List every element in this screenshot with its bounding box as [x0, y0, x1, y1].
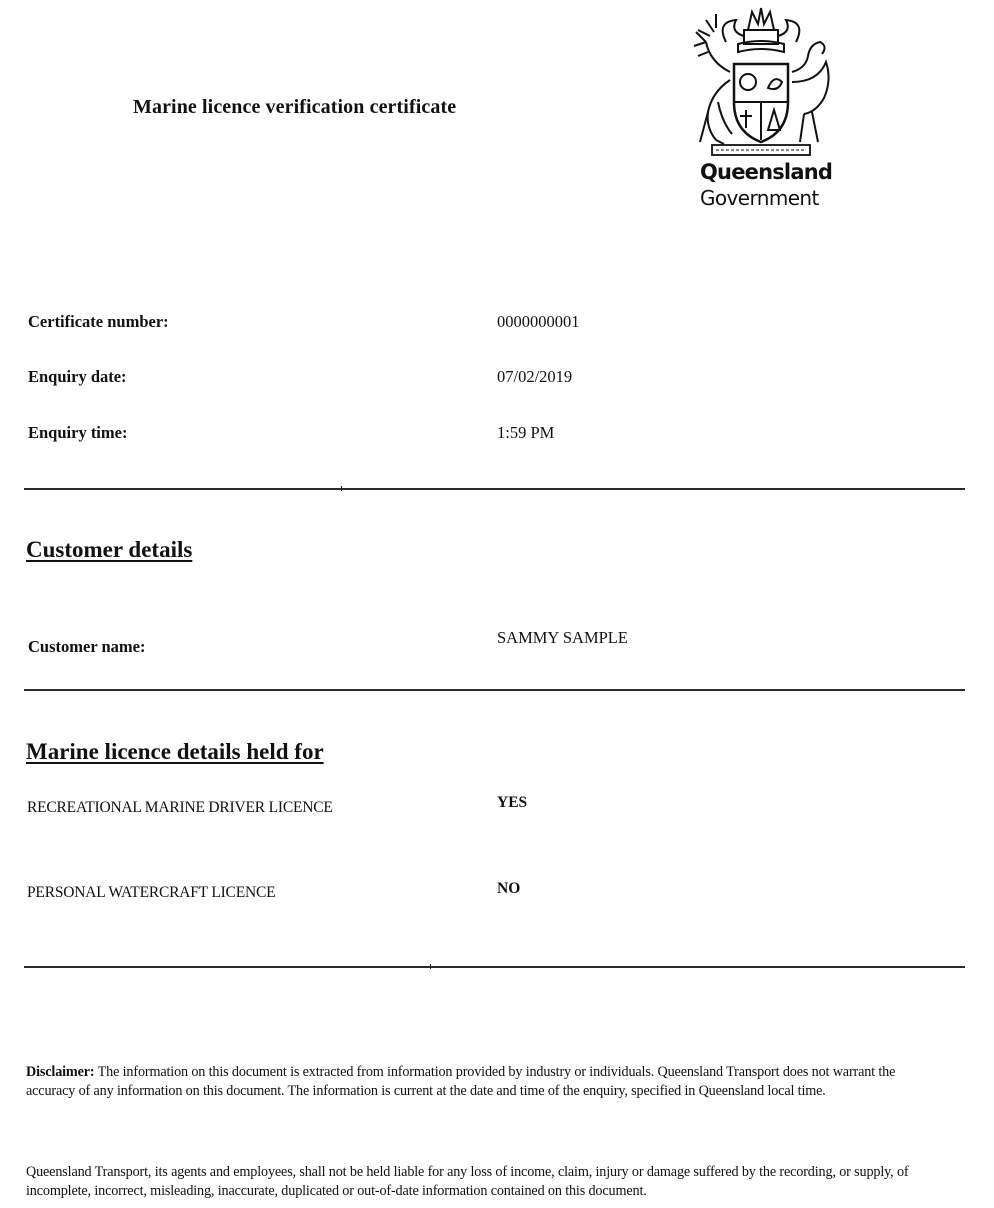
customer-name-value: SAMMY SAMPLE	[497, 628, 628, 648]
licence-type-personal-watercraft: PERSONAL WATERCRAFT LICENCE	[27, 884, 275, 902]
certificate-number-label: Certificate number:	[28, 312, 169, 332]
liability-paragraph: Queensland Transport, its agents and emp…	[26, 1163, 946, 1200]
disclaimer-paragraph: Disclaimer: The information on this docu…	[26, 1063, 946, 1100]
queensland-coat-of-arms-icon	[686, 2, 836, 160]
licence-status-personal-watercraft: NO	[497, 880, 520, 898]
enquiry-date-label: Enquiry date:	[28, 367, 127, 387]
section-divider	[24, 966, 965, 968]
disclaimer-text: The information on this document is extr…	[26, 1064, 895, 1099]
licence-type-recreational-marine-driver: RECREATIONAL MARINE DRIVER LICENCE	[27, 799, 333, 817]
divider-tick-mark	[341, 486, 342, 491]
section-divider	[24, 488, 965, 490]
certificate-number-value: 0000000001	[497, 312, 580, 332]
disclaimer-label: Disclaimer:	[26, 1064, 94, 1080]
licence-details-heading: Marine licence details held for	[26, 739, 324, 765]
divider-tick-mark	[430, 964, 431, 969]
licence-status-recreational-marine-driver: YES	[497, 794, 527, 812]
logo-line-queensland: Queensland	[700, 160, 832, 184]
enquiry-time-value: 1:59 PM	[497, 423, 554, 443]
section-divider	[24, 689, 965, 691]
enquiry-time-label: Enquiry time:	[28, 423, 127, 443]
queensland-government-logo: Queensland Government	[686, 2, 836, 212]
enquiry-date-value: 07/02/2019	[497, 367, 572, 387]
document-title: Marine licence verification certificate	[133, 96, 456, 119]
logo-line-government: Government	[700, 186, 819, 210]
customer-details-heading: Customer details	[26, 537, 192, 563]
customer-name-label: Customer name:	[28, 637, 145, 657]
